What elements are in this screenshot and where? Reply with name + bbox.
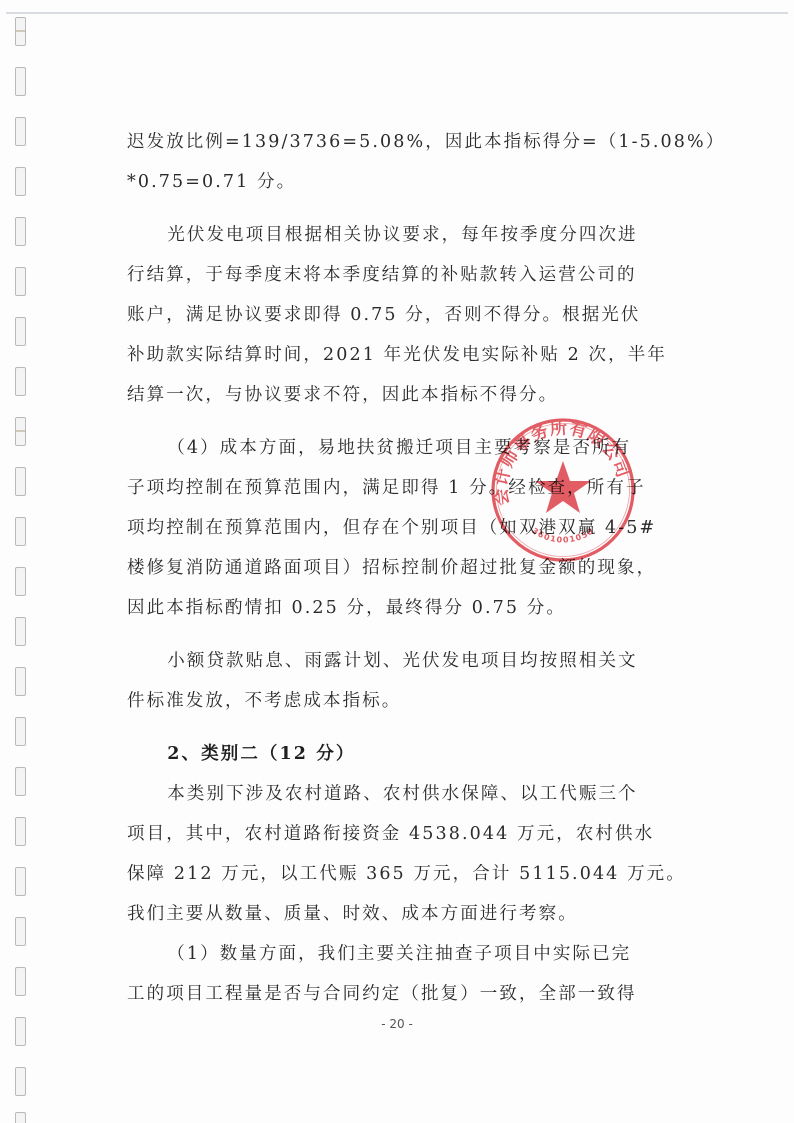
binding-hole bbox=[15, 67, 26, 96]
text-line: *0.75=0.71 分。 bbox=[127, 162, 675, 202]
text-line: 我们主要从数量、质量、时效、成本方面进行考察。 bbox=[127, 894, 675, 934]
paragraph-category-two-overview: 本类别下涉及农村道路、农村供水保障、以工代赈三个 项目，其中，农村道路衔接资金 … bbox=[127, 774, 675, 934]
text-line: 项目，其中，农村道路衔接资金 4538.044 万元，农村供水 bbox=[127, 814, 675, 854]
text-line: 工的项目工程量是否与合同约定（批复）一致，全部一致得 bbox=[127, 974, 675, 1014]
text-line: 补助款实际结算时间，2021 年光伏发电实际补贴 2 次，半年 bbox=[127, 335, 675, 375]
binding-hole bbox=[15, 417, 26, 446]
text-line: （1）数量方面，我们主要关注抽查子项目中实际已完 bbox=[127, 934, 675, 974]
binding-hole bbox=[15, 567, 26, 596]
binding-hole bbox=[15, 817, 26, 846]
binding-hole bbox=[15, 167, 26, 196]
binding-hole bbox=[15, 267, 26, 296]
binding-hole bbox=[15, 617, 26, 646]
binding-hole bbox=[15, 317, 26, 346]
paragraph-quantity-aspect: （1）数量方面，我们主要关注抽查子项目中实际已完 工的项目工程量是否与合同约定（… bbox=[127, 934, 675, 1014]
scan-top-edge-line bbox=[6, 12, 788, 14]
binding-hole bbox=[15, 867, 26, 896]
binding-hole bbox=[15, 1067, 26, 1096]
binding-hole bbox=[15, 667, 26, 696]
binding-hole bbox=[15, 17, 26, 46]
text-line: 小额贷款贴息、雨露计划、光伏发电项目均按照相关文 bbox=[127, 641, 675, 681]
paragraph-cost-aspect: （4）成本方面，易地扶贫搬迁项目主要考察是否所有 子项均控制在预算范围内，满足即… bbox=[127, 428, 675, 628]
text-line: 迟发放比例=139/3736=5.08%，因此本指标得分=（1-5.08%） bbox=[127, 122, 675, 162]
text-line: 结算一次，与协议要求不符，因此本指标不得分。 bbox=[127, 375, 675, 415]
binding-hole bbox=[15, 717, 26, 746]
binding-hole bbox=[15, 367, 26, 396]
paragraph-no-cost-indicator: 小额贷款贴息、雨露计划、光伏发电项目均按照相关文 件标准发放，不考虑成本指标。 bbox=[127, 641, 675, 721]
text-line: 保障 212 万元，以工代赈 365 万元，合计 5115.044 万元。 bbox=[127, 854, 675, 894]
binding-hole bbox=[15, 117, 26, 146]
binding-hole bbox=[15, 767, 26, 796]
text-line: 光伏发电项目根据相关协议要求，每年按季度分四次进 bbox=[127, 215, 675, 255]
text-line: 子项均控制在预算范围内，满足即得 1 分。经检查，所有子 bbox=[127, 468, 675, 508]
binding-hole bbox=[15, 467, 26, 496]
text-line: 因此本指标酌情扣 0.25 分，最终得分 0.75 分。 bbox=[127, 588, 675, 628]
binding-hole bbox=[15, 517, 26, 546]
text-line: （4）成本方面，易地扶贫搬迁项目主要考察是否所有 bbox=[127, 428, 675, 468]
heading-text: 2、类别二（12 分） bbox=[127, 734, 675, 774]
binding-hole bbox=[15, 1112, 26, 1123]
text-line: 件标准发放，不考虑成本指标。 bbox=[127, 681, 675, 721]
paragraph-delay-ratio: 迟发放比例=139/3736=5.08%，因此本指标得分=（1-5.08%） *… bbox=[127, 122, 675, 202]
binding-hole bbox=[15, 967, 26, 996]
text-line: 项均控制在预算范围内，但存在个别项目（如双港双赢 4-5# bbox=[127, 508, 675, 548]
text-line: 账户，满足协议要求即得 0.75 分，否则不得分。根据光伏 bbox=[127, 295, 675, 335]
text-line: 楼修复消防通道路面项目）招标控制价超过批复金额的现象， bbox=[127, 548, 675, 588]
document-body: 迟发放比例=139/3736=5.08%，因此本指标得分=（1-5.08%） *… bbox=[127, 122, 675, 1014]
section-heading-category-two: 2、类别二（12 分） bbox=[127, 734, 675, 774]
text-line: 本类别下涉及农村道路、农村供水保障、以工代赈三个 bbox=[127, 774, 675, 814]
paragraph-photovoltaic-settlement: 光伏发电项目根据相关协议要求，每年按季度分四次进 行结算，于每季度末将本季度结算… bbox=[127, 215, 675, 415]
binding-hole bbox=[15, 917, 26, 946]
text-line: 行结算，于每季度末将本季度结算的补贴款转入运营公司的 bbox=[127, 255, 675, 295]
binding-hole bbox=[15, 217, 26, 246]
page-number: - 20 - bbox=[0, 1017, 794, 1031]
